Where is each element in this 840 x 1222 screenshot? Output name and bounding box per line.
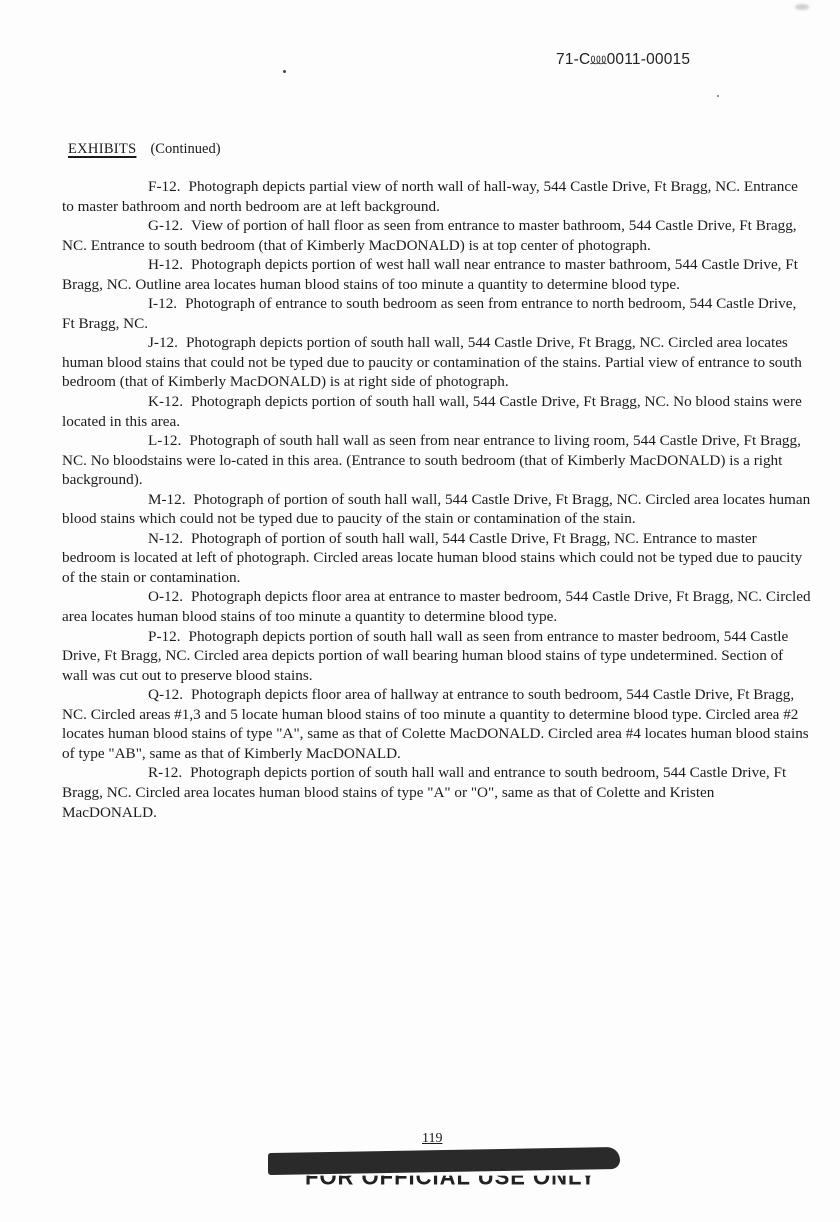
exhibit-label: F-12. bbox=[148, 178, 181, 195]
exhibit-label: L-12. bbox=[148, 432, 181, 449]
exhibit-label: J-12. bbox=[148, 334, 178, 351]
section-heading: EXHIBITS(Continued) bbox=[68, 141, 221, 158]
exhibit-label: M-12. bbox=[148, 491, 186, 508]
scan-speck bbox=[283, 70, 286, 73]
exhibit-label: I-12. bbox=[148, 295, 177, 312]
document-id: 71-C⅏0011-00015 bbox=[556, 47, 690, 69]
exhibit-entry-p12: P-12.Photograph depicts portion of south… bbox=[62, 627, 812, 686]
exhibit-entry-n12: N-12.Photograph of portion of south hall… bbox=[62, 529, 812, 588]
document-page: 71-C⅏0011-00015 EXHIBITS(Continued) F-12… bbox=[0, 0, 840, 1222]
exhibit-list: F-12.Photograph depicts partial view of … bbox=[62, 177, 812, 822]
exhibit-entry-i12: I-12.Photograph of entrance to south bed… bbox=[62, 294, 812, 333]
exhibit-label: G-12. bbox=[148, 217, 183, 234]
scan-speck bbox=[717, 95, 719, 97]
exhibit-entry-r12: R-12.Photograph depicts portion of south… bbox=[62, 763, 812, 822]
exhibit-entry-h12: H-12.Photograph depicts portion of west … bbox=[62, 255, 812, 294]
page-number: 119 bbox=[422, 1131, 442, 1147]
scan-smudge-mark bbox=[795, 4, 809, 10]
exhibit-label: K-12. bbox=[148, 393, 183, 410]
exhibit-entry-j12: J-12.Photograph depicts portion of south… bbox=[62, 333, 812, 392]
exhibit-label: R-12. bbox=[148, 764, 182, 781]
exhibit-label: H-12. bbox=[148, 256, 183, 273]
exhibit-entry-g12: G-12.View of portion of hall floor as se… bbox=[62, 216, 812, 255]
exhibit-entry-l12: L-12.Photograph of south hall wall as se… bbox=[62, 431, 812, 490]
exhibit-entry-f12: F-12.Photograph depicts partial view of … bbox=[62, 177, 812, 216]
exhibit-label: P-12. bbox=[148, 628, 181, 645]
exhibit-entry-k12: K-12.Photograph depicts portion of south… bbox=[62, 392, 812, 431]
exhibit-entry-o12: O-12.Photograph depicts floor area at en… bbox=[62, 587, 812, 626]
redaction-bar bbox=[268, 1147, 620, 1175]
section-title: EXHIBITS bbox=[68, 141, 136, 157]
exhibit-label: N-12. bbox=[148, 530, 183, 547]
exhibit-label: O-12. bbox=[148, 588, 183, 605]
exhibit-entry-m12: M-12.Photograph of portion of south hall… bbox=[62, 490, 812, 529]
exhibit-label: Q-12. bbox=[148, 686, 183, 703]
section-subtitle: (Continued) bbox=[150, 141, 220, 157]
exhibit-entry-q12: Q-12.Photograph depicts floor area of ha… bbox=[62, 685, 812, 763]
